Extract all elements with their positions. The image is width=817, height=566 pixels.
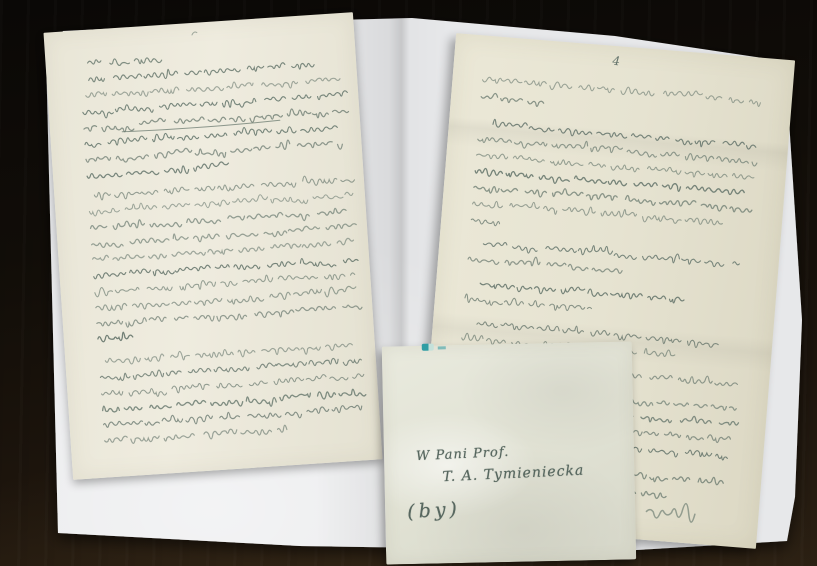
letters-photograph: 4 W Pani Prof. T. A. Tymieniecka (by) [0, 0, 817, 566]
envelope: W Pani Prof. T. A. Tymieniecka (by) [382, 341, 637, 564]
handwriting-left [43, 12, 382, 480]
envelope-address-line1: W Pani Prof. [416, 445, 510, 464]
stamp-remnant-icon [422, 344, 434, 351]
envelope-note: (by) [407, 498, 462, 523]
envelope-address-line2: T. A. Tymieniecka [442, 463, 585, 486]
letter-page-left [43, 12, 382, 480]
